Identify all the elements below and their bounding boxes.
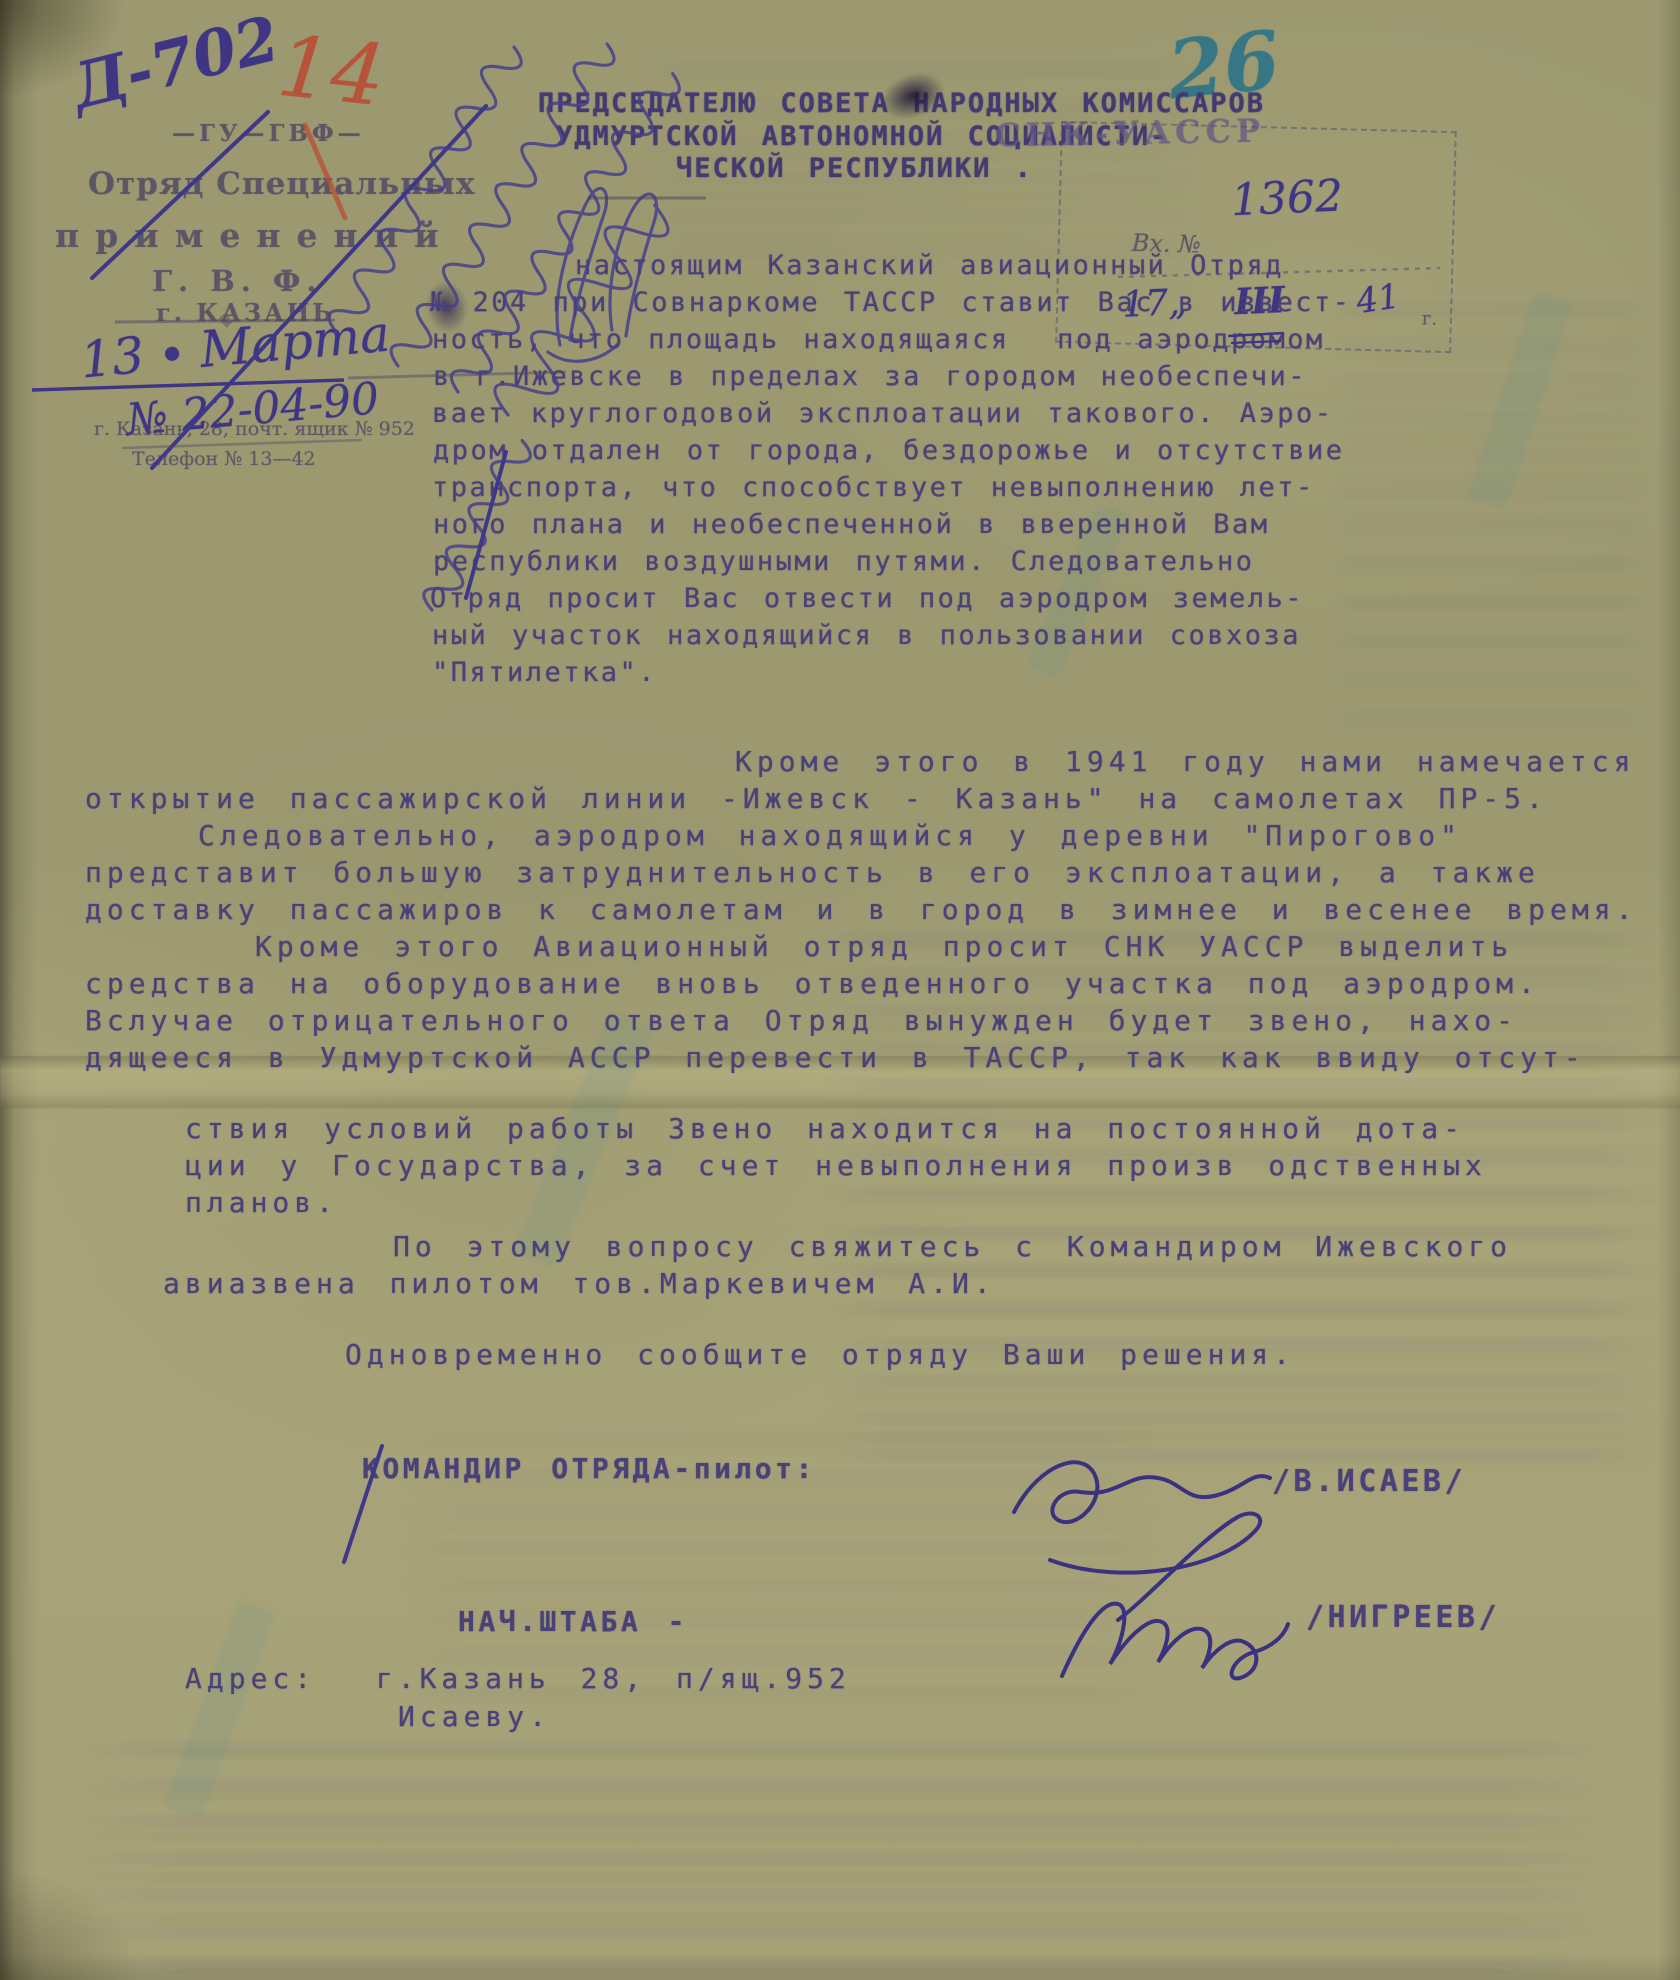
chief-signature bbox=[1062, 1604, 1288, 1679]
footer-address-line2: Исаеву. bbox=[398, 1700, 551, 1733]
intake-stamp-year: 41 bbox=[1354, 276, 1403, 322]
body-line: ность, что площадь находящаяся под аэрод… bbox=[432, 324, 1325, 355]
recipient-line-3: ЧЕСКОЙ РЕСПУБЛИКИ . bbox=[676, 153, 1033, 184]
body-line: Кроме этого Авиационный отряд просит СНК… bbox=[255, 930, 1513, 963]
body-line: вает круглогодовой эксплоатации такового… bbox=[432, 398, 1334, 429]
body-line: "Пятилетка". bbox=[432, 657, 657, 688]
footer-address-line1: Адрес: г.Казань 28, п/ящ.952 bbox=[185, 1662, 851, 1695]
body-line: ции у Государства, за счет невыполнения … bbox=[185, 1149, 1487, 1182]
intake-stamp-number: 1362 bbox=[1230, 170, 1344, 226]
chief-name: /НИГРЕЕВ/ bbox=[1306, 1600, 1500, 1635]
handwritten-archive-number: Д-702 bbox=[64, 2, 286, 124]
bleedthrough-text bbox=[60, 1740, 1620, 1975]
body-line: ный участок находящийся в пользовании со… bbox=[432, 620, 1301, 651]
body-line: ствия условий работы Звено находится на … bbox=[185, 1112, 1465, 1145]
body-line: в г.Ижевске в пределах за городом необес… bbox=[433, 361, 1307, 392]
bleedthrough-text bbox=[1330, 300, 1650, 730]
body-line: Отряд просит Вас отвести под аэродром зе… bbox=[430, 583, 1304, 614]
watermark-streak bbox=[164, 1600, 277, 1820]
scanned-letter-page: —ГУ—ГВФ— Отряд Специальных применений Г.… bbox=[0, 0, 1680, 1980]
commander-label: КОМАНДИР ОТРЯДА-пилот: bbox=[362, 1452, 816, 1485]
body-line: № 204 при Совнаркоме ТАССР ставит Вас в … bbox=[430, 287, 1352, 318]
body-line: По этому вопросу свяжитесь с Командиром … bbox=[393, 1230, 1512, 1263]
intake-stamp-era: г. bbox=[1422, 308, 1438, 329]
body-line: настоящим Казанский авиационный Отряд bbox=[575, 250, 1284, 281]
letterhead-unit-line3: Г. В. Ф. bbox=[152, 264, 323, 298]
letterhead-org-top: —ГУ—ГВФ— bbox=[172, 120, 365, 147]
chief-label: НАЧ.ШТАБА - bbox=[458, 1605, 688, 1638]
body-line: Одновременно сообщите отряду Ваши решени… bbox=[345, 1338, 1295, 1371]
body-line: Вслучае отрицательного ответа Отряд выну… bbox=[85, 1004, 1518, 1037]
body-line: представит большую затруднительность в е… bbox=[85, 856, 1540, 889]
letterhead-unit-line1: Отряд Специальных bbox=[88, 166, 475, 202]
body-line: Следовательно, аэродром находящийся у де… bbox=[198, 819, 1462, 852]
body-line: авиазвена пилотом тов.Маркевичем А.И. bbox=[163, 1267, 996, 1300]
watermark-streak bbox=[1467, 289, 1573, 511]
body-line: транспорта, что способствует невыполнени… bbox=[432, 472, 1315, 503]
commander-signature bbox=[1014, 1462, 1270, 1620]
body-line: средства на оборудование вновь отведенно… bbox=[85, 967, 1540, 1000]
letterhead-phone-note: Телефон № 13—42 bbox=[132, 448, 316, 470]
body-line: открытие пассажирской линии -Ижевск - Ка… bbox=[85, 782, 1548, 815]
red-pencil-mark: 14 bbox=[273, 17, 390, 126]
letterhead-unit-line2: применений bbox=[55, 216, 455, 255]
body-line: дром отдален от города, бездорожье и отс… bbox=[433, 435, 1345, 466]
body-line: ного плана и необеспеченной в вверенной … bbox=[433, 509, 1269, 540]
body-line: Кроме этого в 1941 году нами намечается bbox=[735, 745, 1635, 778]
body-line: планов. bbox=[185, 1186, 338, 1219]
body-line: дящееся в Удмуртской АССР перевести в ТА… bbox=[85, 1041, 1586, 1074]
body-line: доставку пассажиров к самолетам и в горо… bbox=[85, 893, 1637, 926]
commander-name: /В.ИСАЕВ/ bbox=[1272, 1464, 1466, 1499]
intake-stamp-box: Вх. № 1362 17„ III 41 г. bbox=[1055, 121, 1457, 353]
body-line: республики воздушными путями. Следовател… bbox=[433, 546, 1254, 577]
